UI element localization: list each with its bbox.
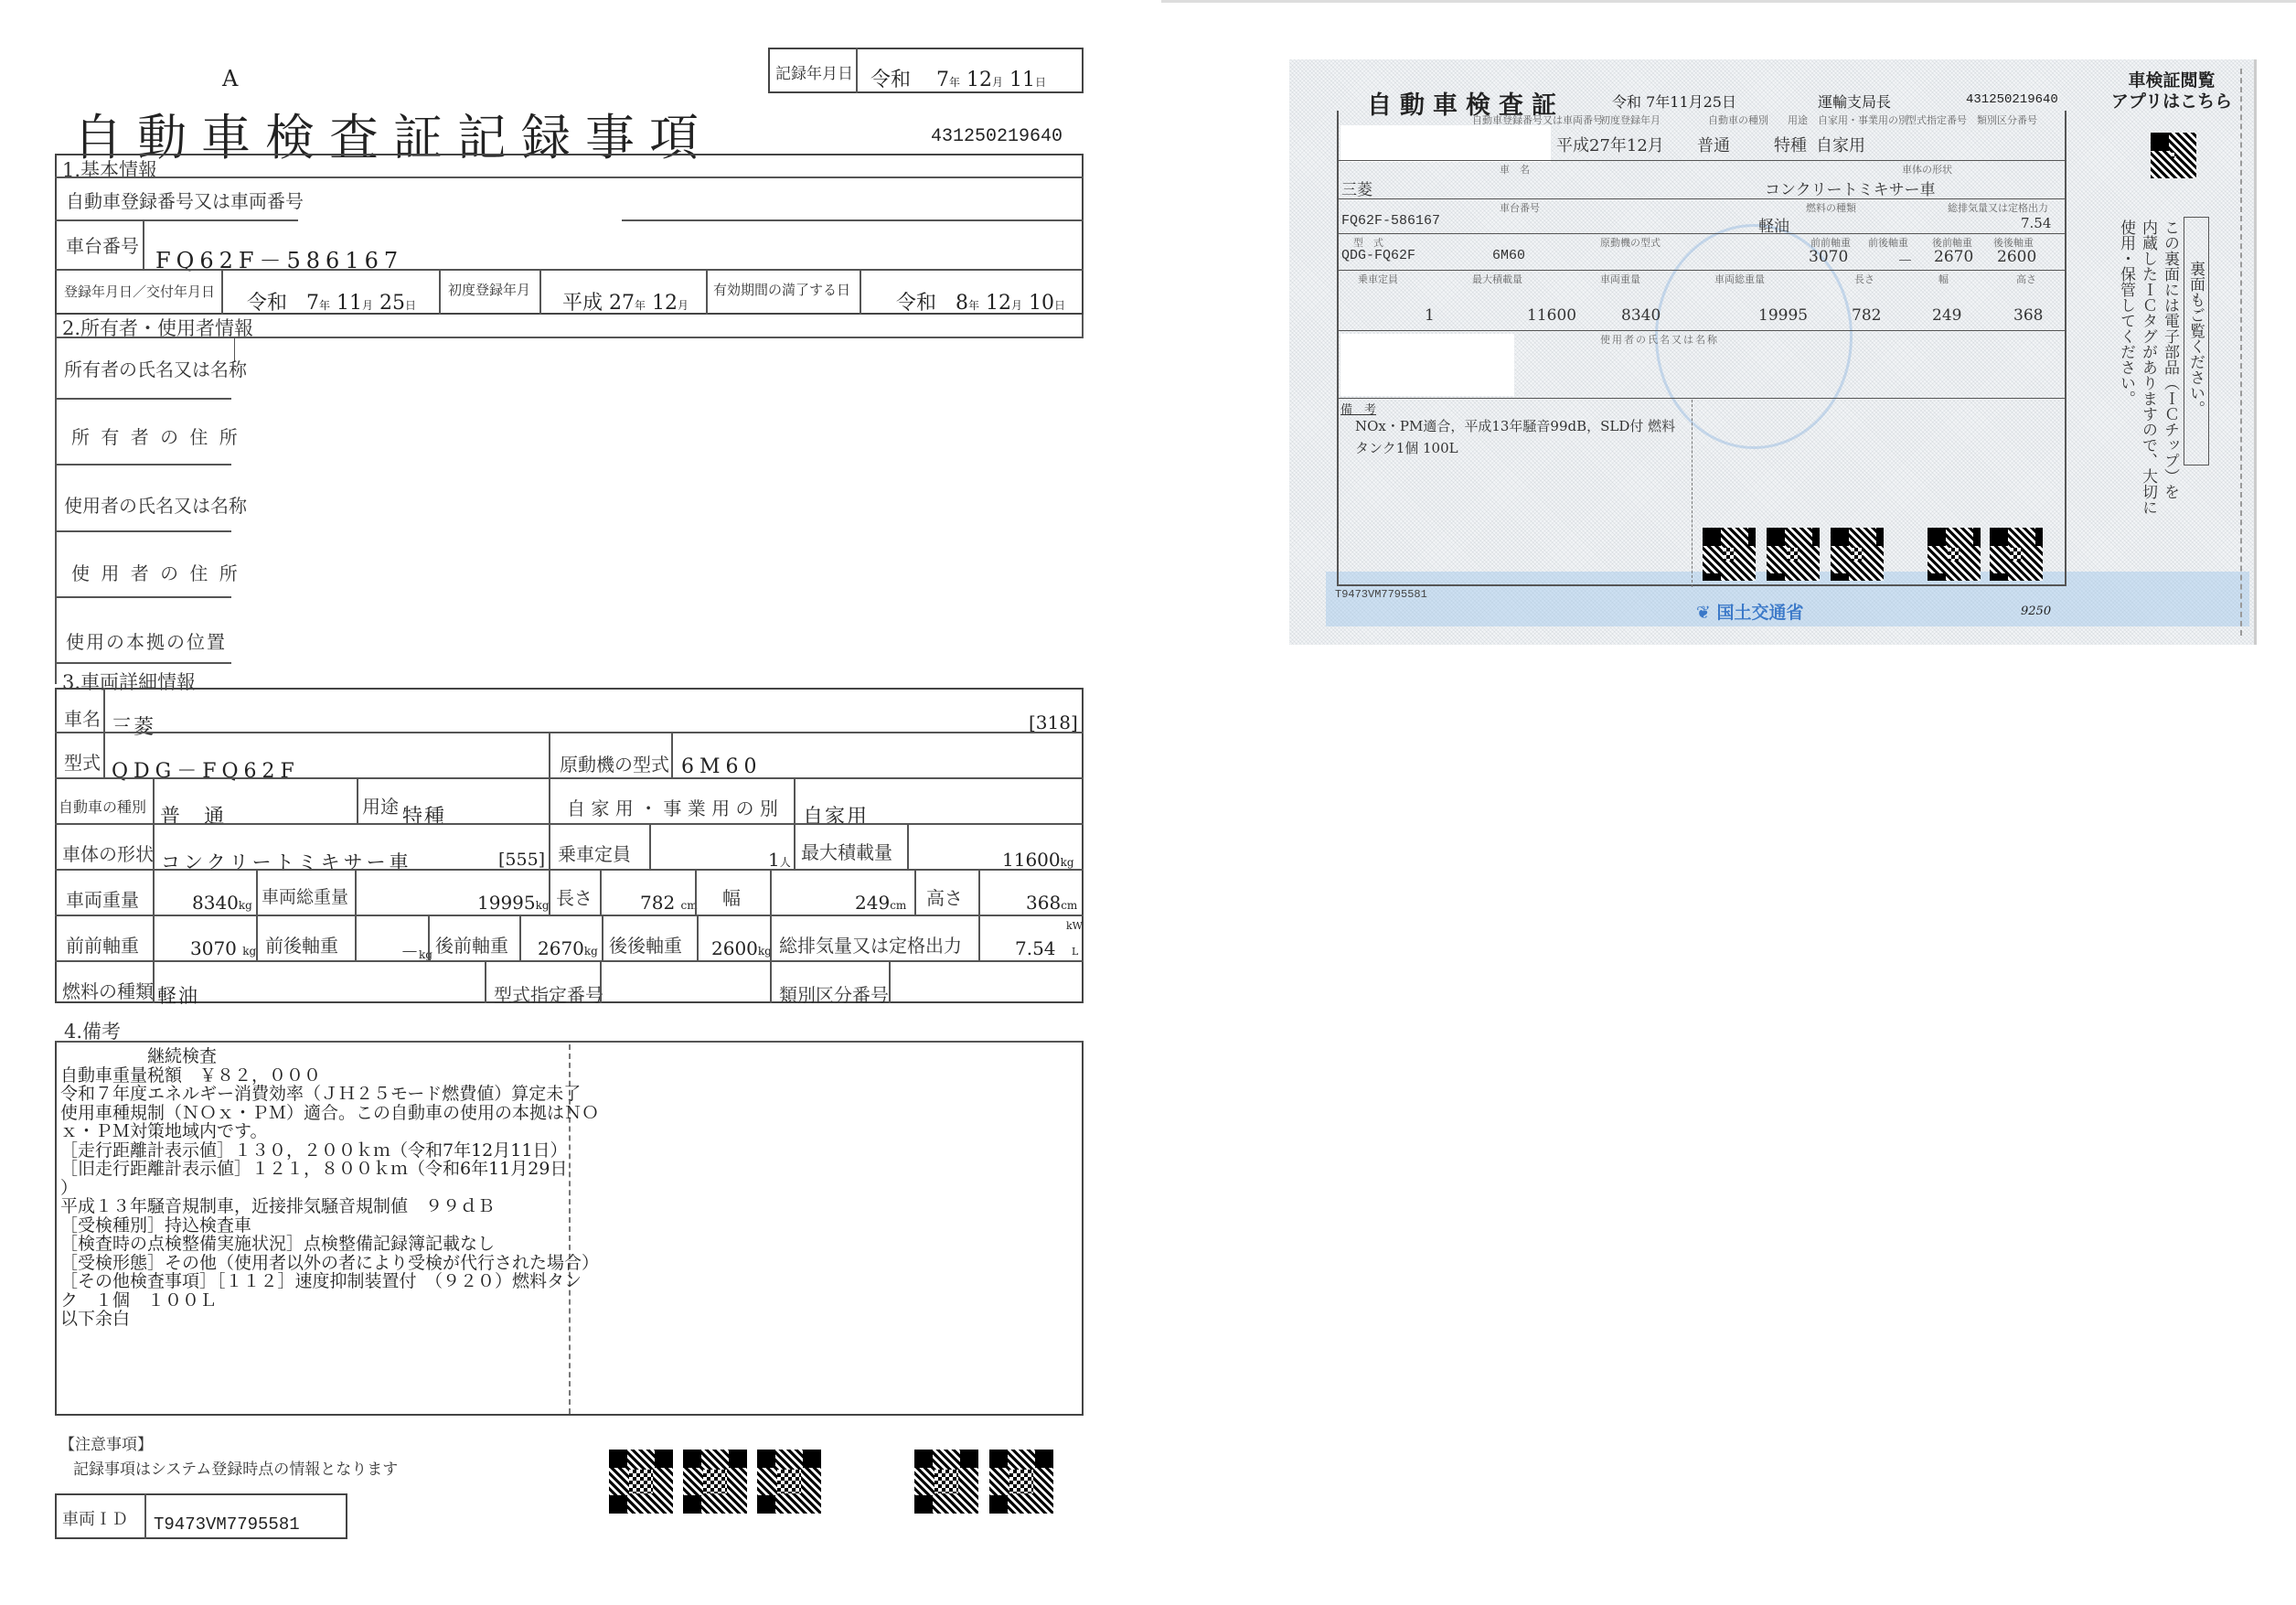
ff-axle-label: 前前軸重	[66, 931, 139, 958]
owner-address-label: 所 有 者 の 住 所	[71, 423, 240, 449]
qr-code-icon	[609, 1450, 673, 1514]
card-length-label: 長さ	[1854, 272, 1874, 286]
app-promo-title: 車検証閲覧 アプリはこちら	[2108, 70, 2236, 112]
record-date-label: 記録年月日	[775, 60, 853, 83]
card-gross-weight: 19995	[1758, 306, 1808, 325]
qr-code-icon	[914, 1450, 978, 1514]
record-date: 令和 7年 12月 11日	[870, 64, 1046, 92]
category-label: 自動車の種別	[59, 796, 146, 817]
max-load: 11600kg	[1002, 849, 1074, 871]
remarks-line: ク １個 １００Ｌ	[60, 1291, 599, 1311]
card-max-load-label: 最大積載量	[1472, 272, 1522, 286]
body-shape-code: [555]	[498, 850, 545, 870]
card-first-reg: 平成27年12月	[1556, 133, 1664, 156]
card-capacity: 1	[1425, 306, 1435, 325]
owner-name-label: 所有者の氏名又は名称	[64, 355, 247, 381]
vehicle-weight-label: 車両重量	[66, 885, 139, 912]
length-label: 長さ	[556, 883, 593, 910]
displacement-label: 総排気量又は定格出力	[779, 931, 962, 958]
displacement-unit-kw: kW	[1066, 920, 1083, 932]
capacity-label: 乗車定員	[558, 840, 631, 866]
fuel-type: 軽油	[157, 981, 199, 1009]
document-number: 431250219640	[931, 126, 1063, 147]
base-location-label: 使用の本拠の位置	[66, 627, 227, 654]
height-label: 高さ	[926, 883, 963, 910]
card-length: 782	[1852, 306, 1881, 325]
card-remarks-label: 備 考	[1340, 400, 1376, 417]
card-chassis-label: 車台番号	[1500, 200, 1540, 215]
qr-code-icon	[989, 1450, 1053, 1514]
remarks-line: ［その他検査事項］［１１２］速度抑制装置付 （９２０）燃料タン	[60, 1272, 599, 1291]
engine-model: 6M60	[681, 755, 763, 778]
category: 普 通	[160, 801, 226, 829]
qr-code-icon	[1928, 528, 1981, 581]
qr-code-icon	[1767, 528, 1820, 581]
remarks-line: ［受検種別］持込検査車	[60, 1216, 599, 1236]
user-name-label: 使用者の氏名又は名称	[64, 491, 247, 518]
card-ff-axle: 3070	[1809, 248, 1848, 266]
card-private-business: 自家用	[1816, 133, 1865, 156]
card-max-load: 11600	[1527, 306, 1576, 325]
card-model: QDG-FQ62F	[1341, 248, 1415, 263]
card-usage-label: 用途	[1788, 112, 1808, 127]
card-type-designation-label: 型式指定番号	[1906, 112, 1967, 127]
card-capacity-label: 乗車定員	[1358, 272, 1398, 286]
vehicle-id: T9473VM7795581	[154, 1514, 300, 1535]
first-registration: 平成 27年 12月	[562, 287, 689, 316]
ff-axle-weight: 3070 kg	[190, 937, 256, 959]
height: 368cm	[1026, 892, 1077, 914]
card-width-label: 幅	[1938, 272, 1949, 286]
card-remarks-line-2: タンク1個 100L	[1355, 438, 1458, 457]
fuel-label: 燃料の種類	[62, 977, 154, 1003]
remarks-line: ）	[60, 1179, 599, 1198]
private-business-label: 自 家 用 ・ 事 業 用 の 別	[567, 794, 778, 820]
card-engine-label: 原動機の型式	[1600, 235, 1661, 250]
usage: 特種	[402, 801, 446, 829]
card-width: 249	[1932, 306, 1961, 325]
card-remarks-line-1: NOx・PM適合，平成13年騒音99dB，SLD付 燃料	[1355, 416, 1675, 435]
width: 249cm	[855, 892, 906, 914]
section-1-heading: 1.基本情報	[62, 155, 157, 183]
vehicle-id-label: 車両ＩＤ	[62, 1506, 128, 1530]
ministry-logo: ❦ 国土交通省	[1696, 599, 1804, 624]
card-body-shape-label: 車体の形状	[1902, 162, 1952, 177]
card-vehicle-weight: 8340	[1621, 306, 1661, 325]
qr-code-icon	[1990, 528, 2043, 581]
gross-weight: 19995kg	[477, 892, 550, 914]
notice-line-2: 内蔵したＩＣタグがありますので、大切に	[2138, 219, 2158, 515]
remarks-line: 令和７年度エネルギー消費効率（ＪＨ２５モード燃費値）算定未了	[60, 1085, 599, 1104]
car-name-label: 車名	[64, 704, 101, 731]
card-rr-axle: 2600	[1997, 248, 2036, 266]
displacement: 7.54	[1015, 937, 1056, 959]
qr-code-icon	[1703, 528, 1756, 581]
vehicle-weight: 8340kg	[192, 892, 252, 914]
remarks-line: 平成１３年騒音規制車，近接排気騒音規制値 ９９ｄＢ	[60, 1197, 599, 1216]
card-private-business-label: 自家用・事業用の別	[1818, 112, 1908, 127]
card-category-number-label: 類別区分番号	[1977, 112, 2037, 127]
card-fuel-label: 燃料の種類	[1806, 200, 1856, 215]
app-qr-code-icon[interactable]	[2151, 133, 2196, 178]
first-reg-label: 初度登録年月	[448, 280, 530, 299]
remarks-line: 継続検査	[60, 1047, 599, 1066]
remarks-line: 以下余白	[60, 1310, 599, 1329]
remarks-line: ｘ・ＰＭ対策地域内です。	[60, 1122, 599, 1141]
engine-label: 原動機の型式	[560, 750, 669, 776]
card-category: 普通	[1697, 133, 1730, 156]
issue-date: 令和 7年 11月 25日	[247, 287, 416, 316]
expiry-label: 有効期間の満了する日	[713, 280, 850, 299]
card-first-reg-label: 初度登録年月	[1600, 112, 1661, 127]
length: 782 cm	[640, 892, 698, 914]
capacity: 1人	[768, 849, 791, 871]
usage-label: 用途	[362, 792, 399, 819]
issue-date-label: 登録年月日／交付年月日	[64, 282, 215, 301]
model-label: 型式	[64, 748, 101, 775]
notice-line-1: この裏面には電子部品（ＩＣチップ）を	[2160, 219, 2180, 499]
rr-axle-weight: 2600kg	[711, 937, 772, 959]
card-body-shape: コンクリートミキサー車	[1765, 177, 1936, 199]
card-displacement: 7.54	[2021, 215, 2051, 231]
type-designation-label: 型式指定番号	[494, 980, 603, 1007]
card-doc-number: 431250219640	[1966, 92, 2058, 107]
width-label: 幅	[722, 883, 741, 910]
body-shape: コンクリートミキサー車	[161, 848, 412, 875]
card-usage: 特種	[1774, 133, 1807, 156]
card-height-label: 高さ	[2016, 272, 2036, 286]
card-issue-date: 令和 7年11月25日	[1612, 91, 1736, 112]
qr-code-icon	[683, 1450, 747, 1514]
car-name-code: [318]	[1029, 712, 1078, 733]
card-rf-axle: 2670	[1934, 248, 1973, 266]
remarks-line: 自動車重量税額 ￥８２，０００	[60, 1066, 599, 1086]
rf-axle-weight: 2670kg	[538, 937, 598, 959]
rr-axle-label: 後後軸重	[609, 931, 682, 958]
qr-code-icon	[1831, 528, 1884, 581]
gross-weight-label: 車両総重量	[262, 883, 348, 908]
card-vehicle-id: T9473VM7795581	[1335, 588, 1427, 601]
page-mark: A	[222, 66, 238, 91]
ministry-emblem-icon: ❦	[1696, 603, 1711, 623]
card-car-name: 三菱	[1341, 177, 1372, 199]
remarks-line: ［検査時の点検整備実施状況］点検整備記録簿記載なし	[60, 1235, 599, 1254]
notes-text: 記録事項はシステム登録時点の情報となります	[73, 1456, 398, 1479]
card-height: 368	[2013, 306, 2043, 325]
inspection-record-page: A 自動車検査証記録事項 記録年月日 令和 7年 12月 11日 4312502…	[0, 0, 1125, 1605]
card-fr-axle: －	[1897, 248, 1913, 271]
reg-number-label: 自動車登録番号又は車両番号	[66, 187, 304, 213]
notice-box-text: 裏面もご覧ください。	[2185, 261, 2205, 416]
card-engine: 6M60	[1492, 248, 1525, 263]
car-name: 三菱	[112, 712, 155, 740]
card-category-label: 自動車の種別	[1708, 112, 1768, 127]
notes-heading: 【注意事項】	[59, 1431, 153, 1454]
card-vehicle-weight-label: 車両重量	[1600, 272, 1640, 286]
remarks-line: ［走行距離計表示値］１３０，２００ｋｍ（令和7年12月11日）	[60, 1141, 599, 1161]
card-displacement-label: 総排気量又は定格出力	[1948, 200, 2048, 215]
fr-axle-label: 前後軸重	[265, 931, 338, 958]
vehicle-inspection-certificate-card: 自動車検査証 令和 7年11月25日 運輸支局長 431250219640 自動…	[1289, 59, 2257, 645]
notice-line-3: 使用・保管してください。	[2116, 219, 2136, 406]
card-user-name-label: 使用者の氏名又は名称	[1600, 332, 1719, 347]
card-car-name-label: 車 名	[1500, 162, 1530, 177]
displacement-unit-l: L	[1072, 946, 1078, 958]
model: QDG－FQ62F	[112, 755, 300, 784]
remarks-line: 使用車種規制（ＮＯｘ・ＰＭ）適合。この自動車の使用の本拠はＮＯ	[60, 1104, 599, 1123]
chassis-label: 車台番号	[66, 231, 139, 258]
remarks-text: 継続検査自動車重量税額 ￥８２，０００令和７年度エネルギー消費効率（ＪＨ２５モー…	[60, 1047, 599, 1329]
expiry-date: 令和 8年 12月 10日	[896, 287, 1065, 316]
qr-code-icon	[757, 1450, 821, 1514]
category-number-label: 類別区分番号	[779, 980, 889, 1007]
card-serial: 9250	[2021, 605, 2051, 618]
max-load-label: 最大積載量	[801, 838, 892, 864]
user-address-label: 使 用 者 の 住 所	[71, 559, 240, 585]
remarks-line: ［旧走行距離計表示値］１２１，８００ｋｍ（令和6年11月29日	[60, 1160, 599, 1179]
body-shape-label: 車体の形状	[62, 840, 154, 866]
card-issuer: 運輸支局長	[1818, 91, 1891, 112]
private-business: 自家用	[803, 801, 869, 829]
rf-axle-label: 後前軸重	[435, 931, 508, 958]
card-chassis: FQ62F-586167	[1341, 213, 1440, 229]
remarks-line: ［受検形態］その他（使用者以外の者により受検が代行された場合）	[60, 1254, 599, 1273]
card-gross-weight-label: 車両総重量	[1714, 272, 1765, 286]
